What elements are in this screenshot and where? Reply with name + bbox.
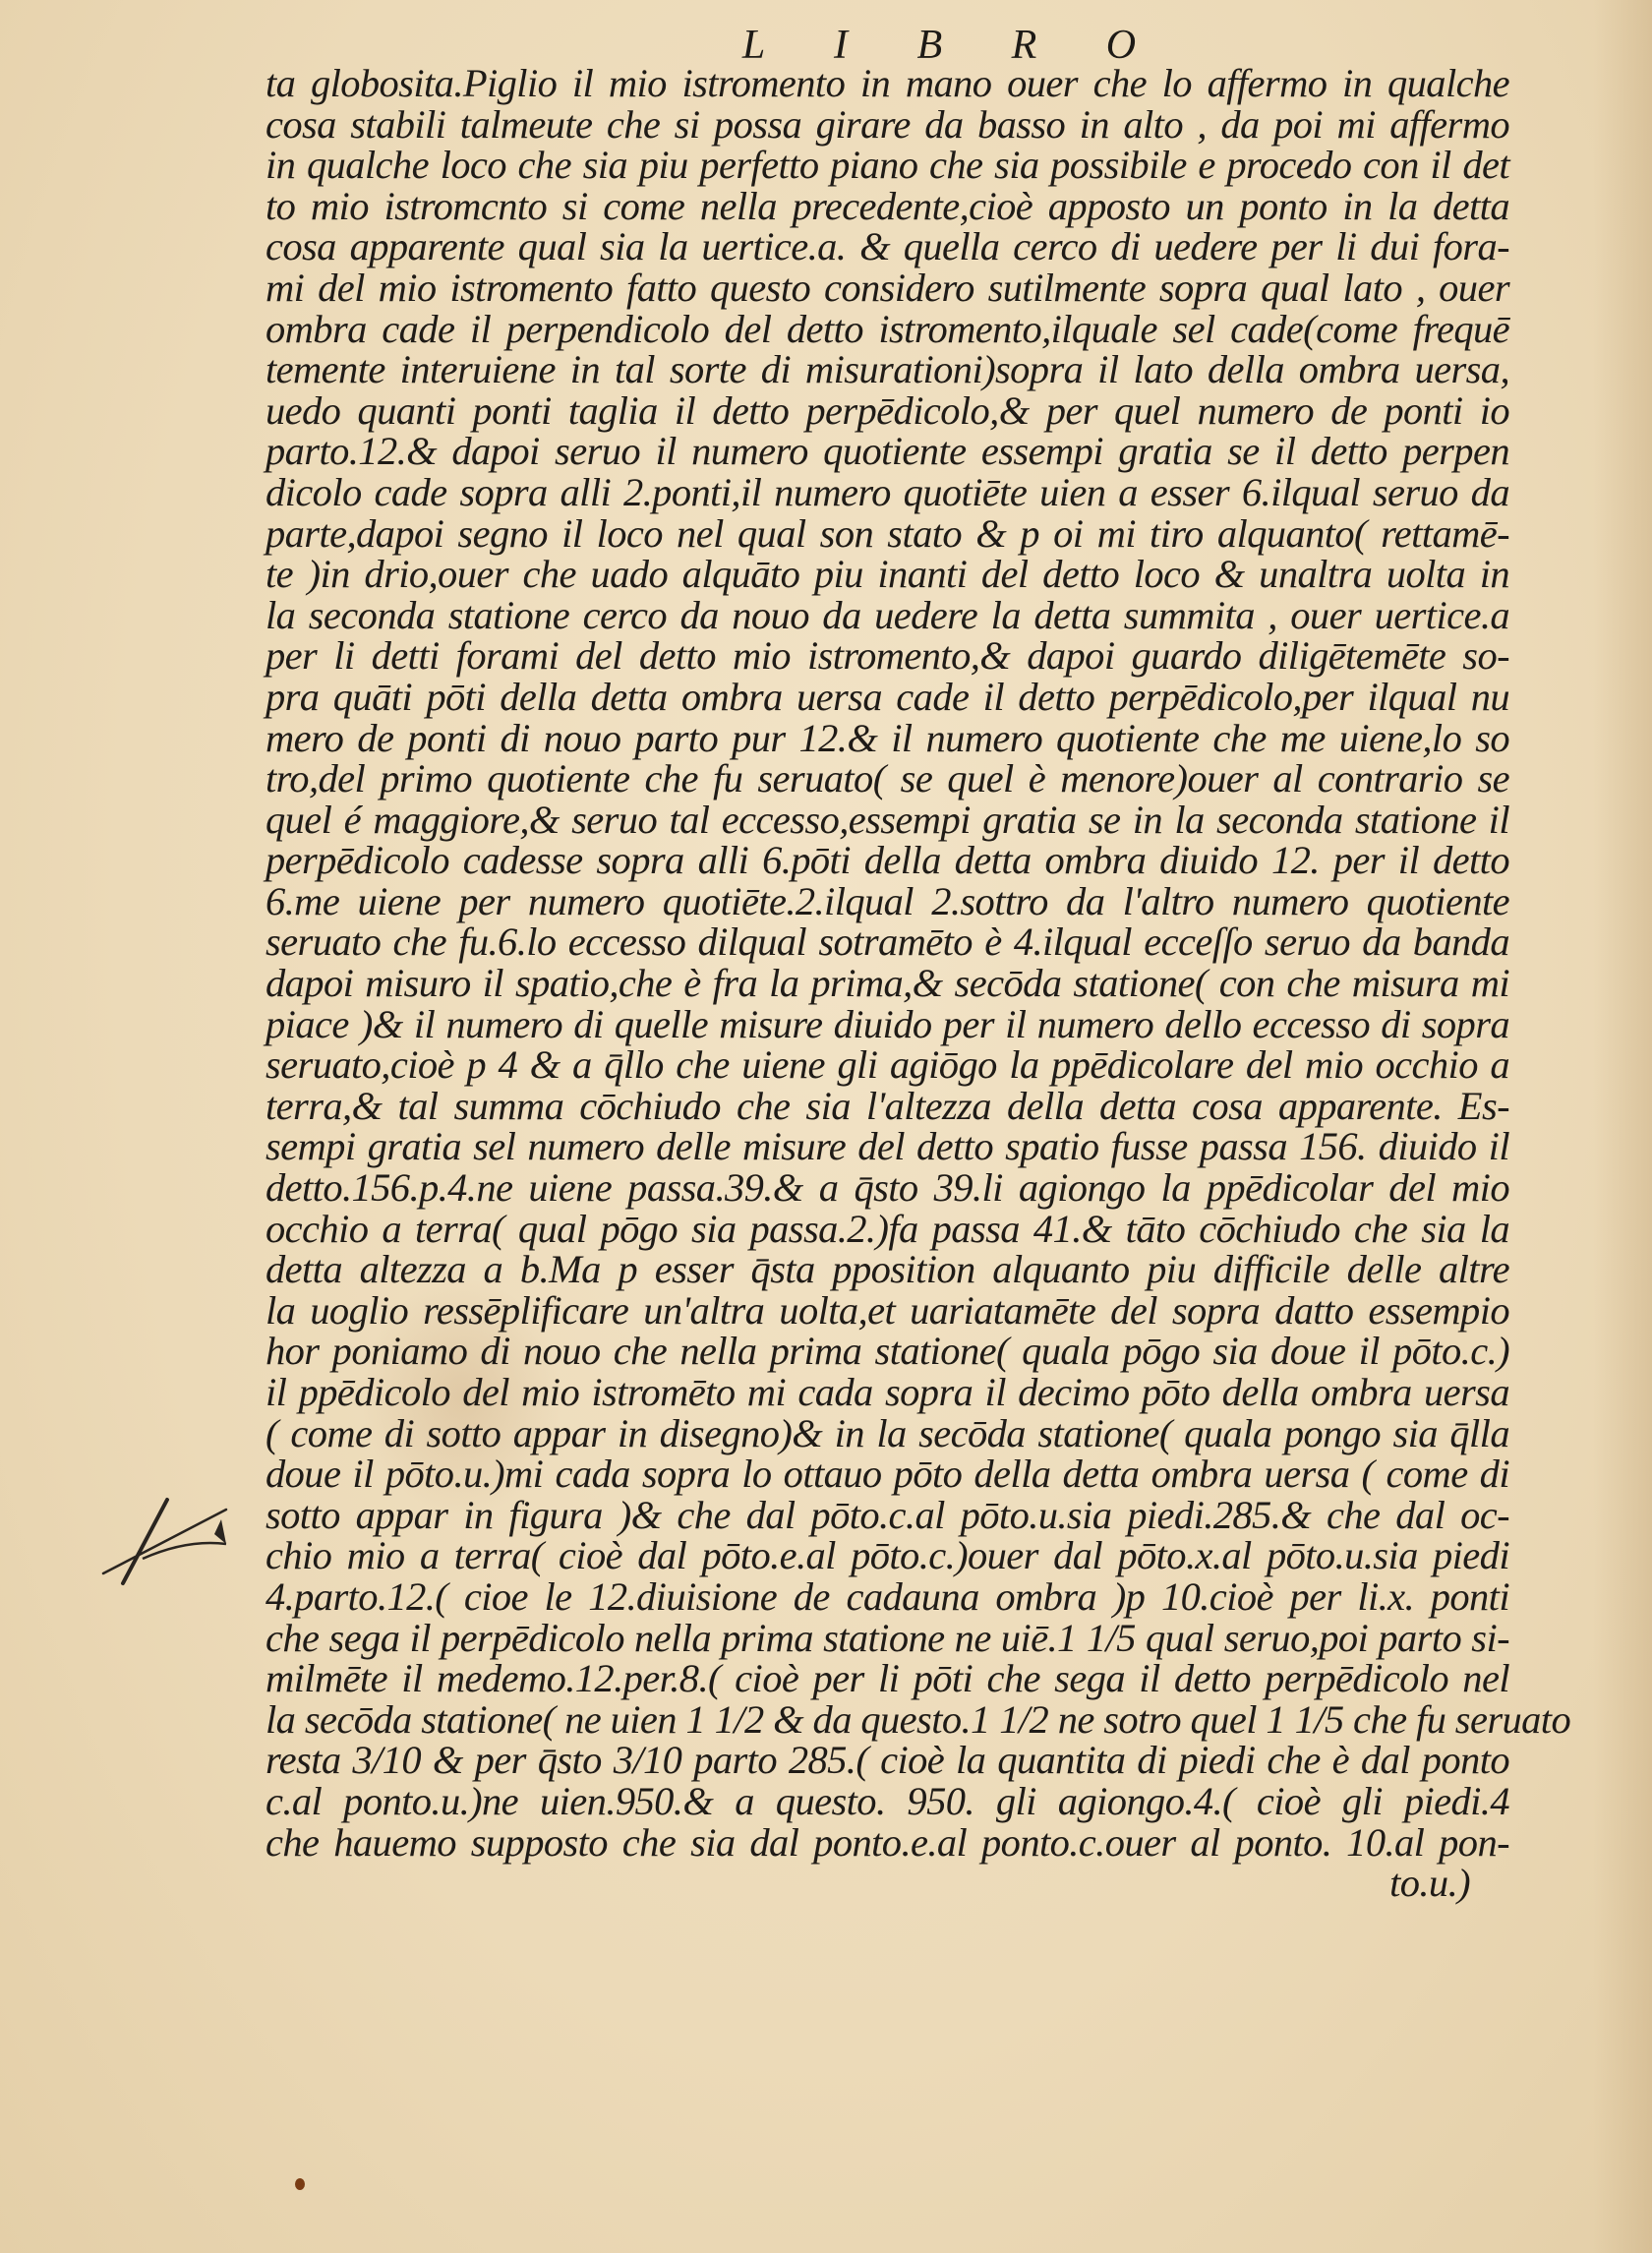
text-line: ( come di sotto appar in disegno)& in la… xyxy=(265,1413,1509,1454)
text-line: ombra cade il perpendicolo del detto ist… xyxy=(265,309,1509,350)
text-line: in qualche loco che sia piu perfetto pia… xyxy=(265,145,1509,186)
text-line: la uoglio ressēplificare un'altra uolta,… xyxy=(265,1290,1509,1332)
body-text: ta globosita.Piglio il mio istromento in… xyxy=(265,63,1509,1904)
text-line: cosa stabili talmeute che si possa girar… xyxy=(265,104,1509,146)
text-line: 6.me uiene per numero quotiēte.2.ilqual … xyxy=(265,881,1509,922)
text-line: occhio a terra( qual pōgo sia passa.2.)f… xyxy=(265,1209,1509,1250)
text-line: to mio istromcnto si come nella preceden… xyxy=(265,186,1509,227)
text-line: uedo quanti ponti taglia il detto perpēd… xyxy=(265,390,1509,432)
text-line: la seconda statione cerco da nouo da ued… xyxy=(265,595,1509,636)
text-line: detto.156.p.4.ne uiene passa.39.& a q̄st… xyxy=(265,1167,1509,1209)
text-line: dapoi misuro il spatio,che è fra la prim… xyxy=(265,963,1509,1004)
text-line: te )in drio,ouer che uado alquāto piu in… xyxy=(265,554,1509,595)
text-line: ta globosita.Piglio il mio istromento in… xyxy=(265,63,1509,104)
text-line: 4.parto.12.( cioe le 12.diuisione de cad… xyxy=(265,1576,1509,1618)
text-line: il ppēdicolo del mio istromēto mi cada s… xyxy=(265,1372,1509,1413)
text-line: che sega il perpēdicolo nella prima stat… xyxy=(265,1618,1509,1659)
text-line: per li detti forami del detto mio istrom… xyxy=(265,635,1509,677)
text-line: cosa apparente qual sia la uertice.a. & … xyxy=(265,226,1509,267)
text-line: pra quāti pōti della detta ombra uersa c… xyxy=(265,677,1509,718)
text-line: temente interuiene in tal sorte di misur… xyxy=(265,349,1509,390)
text-line: piace )& il numero di quelle misure diui… xyxy=(265,1004,1509,1045)
text-line: chio mio a terra( cioè dal pōto.e.al pōt… xyxy=(265,1535,1509,1576)
text-line: sempi gratia sel numero delle misure del… xyxy=(265,1126,1509,1167)
text-line: c.al ponto.u.)ne uien.950.& a questo. 95… xyxy=(265,1781,1509,1822)
text-line: doue il pōto.u.)mi cada sopra lo ottauo … xyxy=(265,1453,1509,1495)
text-line: quel é maggiore,& seruo tal eccesso,esse… xyxy=(265,800,1509,841)
text-line: parto.12.& dapoi seruo il numero quotien… xyxy=(265,431,1509,472)
text-line: la secōda statione( ne uien 1 1/2 & da q… xyxy=(265,1699,1509,1741)
book-page: L I B R O ta globosita.Piglio il mio ist… xyxy=(0,0,1652,2253)
text-line: hor poniamo di nouo che nella prima stat… xyxy=(265,1331,1509,1372)
text-line: mi del mio istromento fatto questo consi… xyxy=(265,267,1509,309)
text-line: perpēdicolo cadesse sopra alli 6.pōti de… xyxy=(265,840,1509,881)
text-line: seruato che fu.6.lo eccesso dilqual sotr… xyxy=(265,921,1509,963)
text-line: resta 3/10 & per q̄sto 3/10 parto 285.( … xyxy=(265,1740,1509,1781)
text-line: terra,& tal summa cōchiudo che sia l'alt… xyxy=(265,1086,1509,1127)
text-line: parte,dapoi segno il loco nel qual son s… xyxy=(265,513,1509,555)
text-line: milmēte il medemo.12.per.8.( cioè per li… xyxy=(265,1658,1509,1699)
text-line: tro,del primo quotiente che fu seruato( … xyxy=(265,758,1509,800)
text-line: sotto appar in figura )& che dal pōto.c.… xyxy=(265,1495,1509,1536)
text-line: dicolo cade sopra alli 2.ponti,il numero… xyxy=(265,472,1509,513)
text-line: che hauemo supposto che sia dal ponto.e.… xyxy=(265,1822,1509,1864)
text-line: mero de ponti di nouo parto pur 12.& il … xyxy=(265,718,1509,759)
text-line: seruato,cioè p 4 & a q̄llo che uiene gli… xyxy=(265,1044,1509,1086)
text-line-final: to.u.) xyxy=(265,1863,1509,1904)
manicule-pointer-icon xyxy=(88,1485,246,1593)
ink-stain xyxy=(295,2178,305,2190)
text-line: detta altezza a b.Ma p esser q̄sta pposi… xyxy=(265,1249,1509,1290)
